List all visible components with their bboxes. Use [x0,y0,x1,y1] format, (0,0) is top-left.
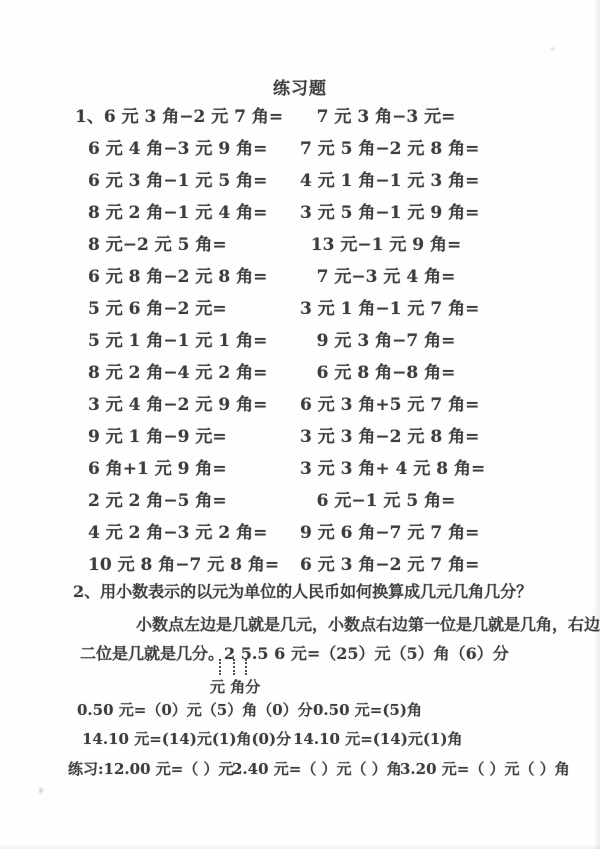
problem-right: 6 元 8 角−8 角= [300,357,472,389]
problem-list: 1、6 元 3 角−2 元 7 角= 7 元 3 角−3 元= 6 元 4 角−… [0,101,600,581]
problem-right: 3 元 5 角−1 元 9 角= [300,197,472,229]
problem-right: 9 元 6 角−7 元 7 角= [300,517,472,549]
problem-right: 6 元 3 角+5 元 7 角= [300,389,472,421]
problem-left: 6 元 3 角−1 元 5 角= [88,165,267,197]
page-title: 练习题 [0,74,600,99]
problem-left: 10 元 8 角−7 元 8 角= [88,549,279,581]
problem-row: 8 元−2 元 5 角= 13 元−1 元 9 角= [0,229,600,261]
scan-edge-shade [0,844,600,849]
digit-pointer-line [219,659,221,675]
scan-smudge [549,46,556,52]
problem-right: 6 元−1 元 5 角= [300,485,472,517]
problem-left: 2 元 2 角−5 角= [88,485,227,517]
problem-left: 9 元 1 角−9 元= [88,421,227,453]
digit-unit-labels: 元 角分 [210,678,260,697]
problem-left: 8 元 2 角−4 元 2 角= [88,357,267,389]
problem-row: 6 角+1 元 9 角= 3 元 3 角+ 4 元 8 角= [0,453,600,485]
digit-pointer-line [233,659,235,675]
digit-pointer-line [245,659,247,675]
problem-right: 9 元 3 角−7 角= [300,325,472,357]
problem-right: 13 元−1 元 9 角= [300,229,472,261]
conversion-example: 14.10 元=(14)元(1)角(0)分 [82,730,291,749]
problem-right: 6 元 3 角−2 元 7 角= [300,549,472,581]
problem-left: 6 角+1 元 9 角= [88,453,227,485]
practice-line: 练习:12.00 元=（ ）元 [68,760,234,779]
problem-row: 8 元 2 角−4 元 2 角= 6 元 8 角−8 角= [0,357,600,389]
problem-row: 6 元 4 角−3 元 9 角= 7 元 5 角−2 元 8 角= [0,133,600,165]
problem-row: 5 元 1 角−1 元 1 角= 9 元 3 角−7 角= [0,325,600,357]
problem-right: 7 元 3 角−3 元= [300,101,472,133]
explanation-line-2: 二位是几就是几分。2 5.5 6 元=（25）元（5）角（6）分 [80,644,509,663]
conversion-example: 0.50 元=(5)角 [313,701,422,720]
problem-row: 2 元 2 角−5 角= 6 元−1 元 5 角= [0,485,600,517]
problem-left: 5 元 6 角−2 元= [88,293,227,325]
problem-row: 6 元 8 角−2 元 8 角= 7 元−3 元 4 角= [0,261,600,293]
problem-row: 3 元 4 角−2 元 9 角= 6 元 3 角+5 元 7 角= [0,389,600,421]
problem-left: 6 元 4 角−3 元 9 角= [88,133,267,165]
problem-row: 5 元 6 角−2 元= 3 元 1 角−1 元 7 角= [0,293,600,325]
problem-left: 8 元−2 元 5 角= [88,229,227,261]
problem-right: 4 元 1 角−1 元 3 角= [300,165,472,197]
problem-right: 7 元 5 角−2 元 8 角= [300,133,472,165]
problem-left: 1、6 元 3 角−2 元 7 角= [75,101,283,133]
problem-right: 3 元 3 角+ 4 元 8 角= [300,453,472,485]
problem-right: 3 元 1 角−1 元 7 角= [300,293,472,325]
scan-smudge [37,785,45,795]
problem-left: 3 元 4 角−2 元 9 角= [88,389,267,421]
practice-item: 2.40 元=（ ）元（ ）角 [232,760,402,779]
problem-row: 9 元 1 角−9 元= 3 元 3 角−2 元 8 角= [0,421,600,453]
problem-left: 5 元 1 角−1 元 1 角= [88,325,267,357]
conversion-example: 0.50 元=（0）元（5）角（0）分 [77,701,313,720]
problem-left: 6 元 8 角−2 元 8 角= [88,261,267,293]
worksheet-page: 练习题 1、6 元 3 角−2 元 7 角= 7 元 3 角−3 元= 6 元 … [0,0,600,849]
explanation-line-1: 小数点左边是几就是几元，小数点右边第一位是几就是几角，右边第 [136,615,600,634]
problem-row: 10 元 8 角−7 元 8 角= 6 元 3 角−2 元 7 角= [0,549,600,581]
problem-row: 1、6 元 3 角−2 元 7 角= 7 元 3 角−3 元= [0,101,600,133]
practice-item: 3.20 元=（ ）元（ ）角 [400,760,570,779]
scan-edge-shade [593,0,600,849]
problem-row: 4 元 2 角−3 元 2 角= 9 元 6 角−7 元 7 角= [0,517,600,549]
problem-left: 8 元 2 角−1 元 4 角= [88,197,267,229]
problem-row: 6 元 3 角−1 元 5 角= 4 元 1 角−1 元 3 角= [0,165,600,197]
problem-row: 8 元 2 角−1 元 4 角= 3 元 5 角−1 元 9 角= [0,197,600,229]
practice-label: 练习: [68,760,104,778]
practice-item: 12.00 元=（ ）元 [104,760,234,778]
problem-left: 4 元 2 角−3 元 2 角= [88,517,267,549]
problem-right: 7 元−3 元 4 角= [300,261,472,293]
problem-right: 3 元 3 角−2 元 8 角= [300,421,472,453]
section2-heading: 2、用小数表示的以元为单位的人民币如何换算成几元几角几分？ [73,582,532,601]
conversion-example: 14.10 元=(14)元(1)角 [293,730,462,749]
